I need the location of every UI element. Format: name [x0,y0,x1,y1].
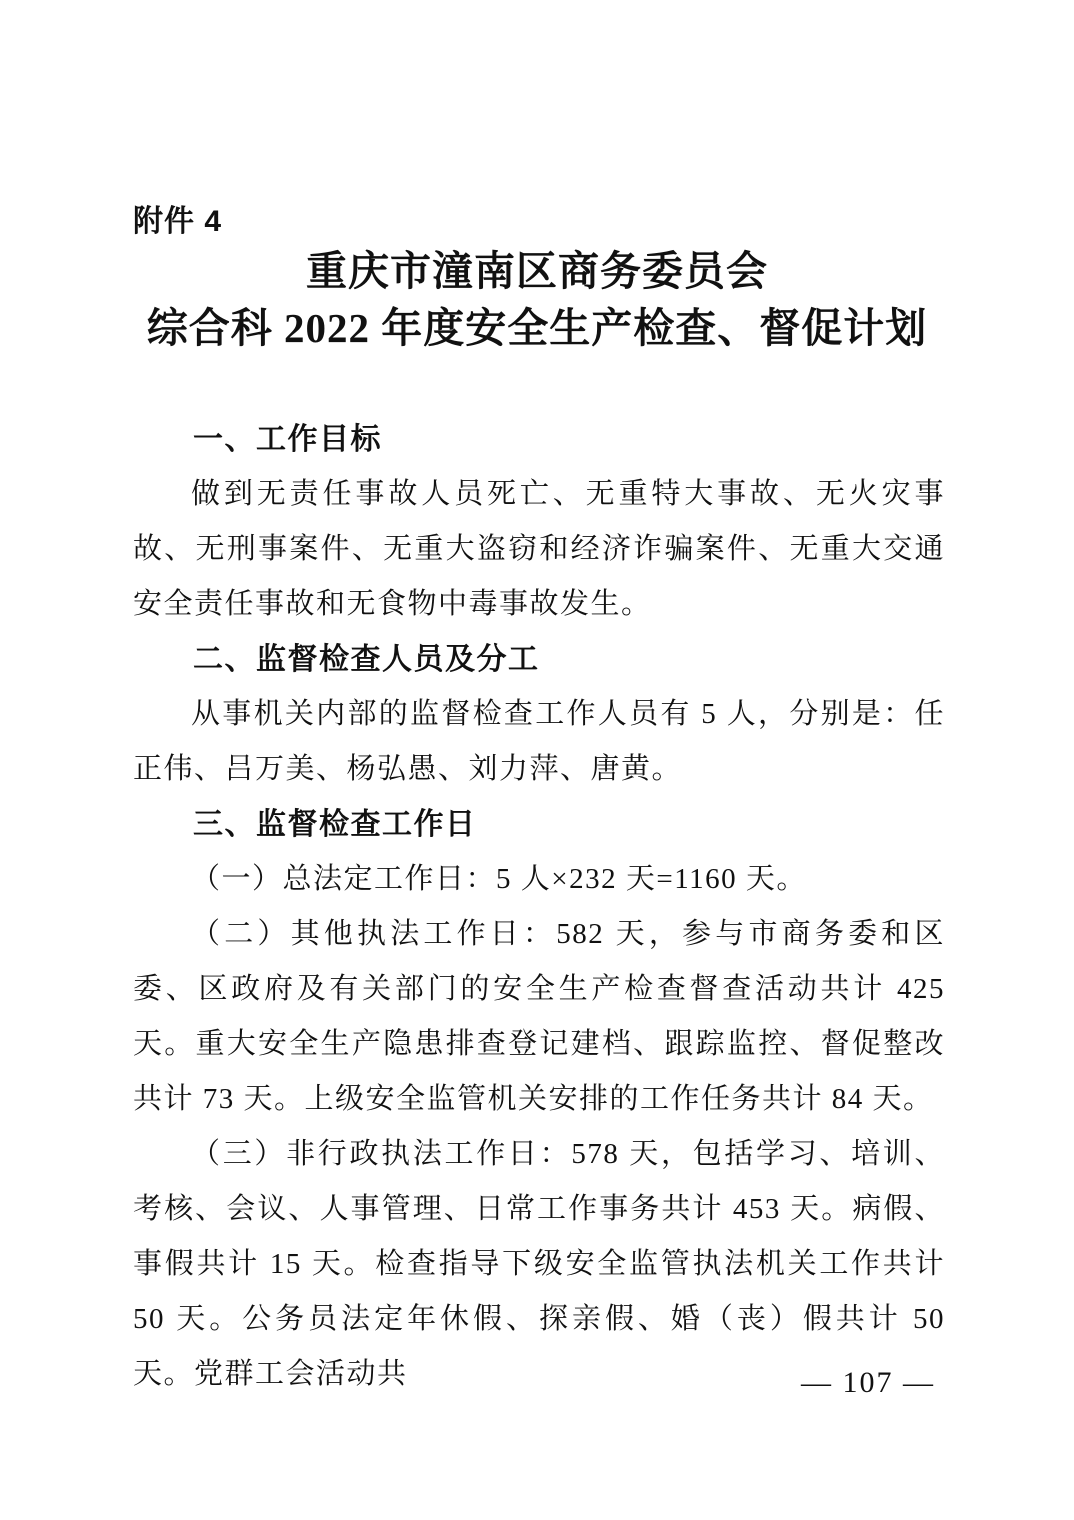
paragraph-personnel: 从事机关内部的监督检查工作人员有 5 人，分别是：任正伟、吕万美、杨弘愚、刘力萍… [133,687,945,797]
workday-item-2: （二）其他执法工作日：582 天，参与市商务委和区委、区政府及有关部门的安全生产… [133,907,945,1127]
workday-item-2-lead: （二）其他执法工作日： [191,918,556,950]
workday-item-3-lead: （三）非行政执法工作日： [191,1138,571,1170]
attachment-label: 附件 4 [133,196,222,240]
title-line-2: 综合科 2022 年度安全生产检查、督促计划 [0,300,1074,357]
section-heading-personnel: 二、监督检查人员及分工 [133,632,945,687]
document-title: 重庆市潼南区商务委员会 综合科 2022 年度安全生产检查、督促计划 [0,243,1074,357]
page-number: — 107 — [801,1366,935,1400]
section-heading-workdays: 三、监督检查工作日 [133,797,945,852]
workday-item-3: （三）非行政执法工作日：578 天，包括学习、培训、考核、会议、人事管理、日常工… [133,1127,945,1402]
workday-item-1: （一）总法定工作日：5 人×232 天=1160 天。 [133,852,945,907]
document-page: 附件 4 重庆市潼南区商务委员会 综合科 2022 年度安全生产检查、督促计划 … [0,0,1074,1520]
workday-item-1-text: 5 人×232 天=1160 天。 [496,863,807,895]
document-body: 一、工作目标 做到无责任事故人员死亡、无重特大事故、无火灾事故、无刑事案件、无重… [133,412,945,1402]
paragraph-work-goal: 做到无责任事故人员死亡、无重特大事故、无火灾事故、无刑事案件、无重大盗窃和经济诈… [133,467,945,632]
workday-item-1-lead: （一）总法定工作日： [191,863,496,895]
workday-item-3-text: 578 天，包括学习、培训、考核、会议、人事管理、日常工作事务共计 453 天。… [133,1138,945,1390]
section-heading-work-goal: 一、工作目标 [133,412,945,467]
title-line-1: 重庆市潼南区商务委员会 [0,243,1074,300]
